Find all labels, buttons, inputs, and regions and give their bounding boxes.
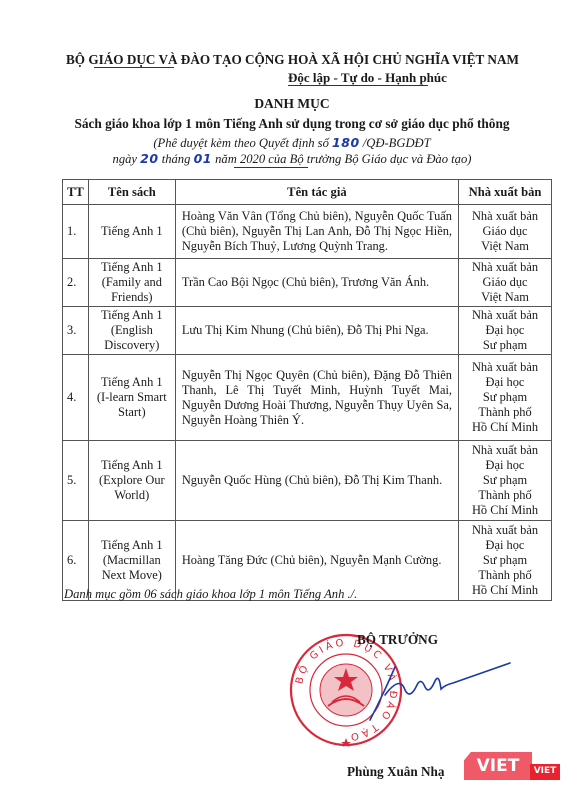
publisher-line: Nhà xuất bản (463, 360, 547, 375)
publisher-line: Nhà xuất bản (463, 523, 547, 538)
row-number: 2. (63, 259, 89, 307)
date-prefix: ngày (113, 152, 137, 166)
decision-suffix: /QĐ-BGDĐT (363, 136, 431, 150)
signer-name: Phùng Xuân Nhạ (347, 764, 444, 780)
date-month: 01 (194, 151, 212, 166)
book-name: Tiếng Anh 1(English Discovery) (88, 307, 175, 355)
book-publisher: Nhà xuất bảnĐại họcSư phạm (459, 307, 552, 355)
publisher-line: Thành phố (463, 405, 547, 420)
signer-title: BỘ TRƯỞNG (357, 632, 438, 648)
document-subtitle: Sách giáo khoa lớp 1 môn Tiếng Anh sử dụ… (0, 116, 584, 132)
textbook-table: TT Tên sách Tên tác giả Nhà xuất bản 1.T… (62, 179, 552, 601)
list-summary: Danh mục gồm 06 sách giáo khoa lớp 1 môn… (64, 587, 357, 602)
book-name: Tiếng Anh 1(Explore Our World) (88, 441, 175, 521)
publisher-line: Nhà xuất bản (463, 443, 547, 458)
logo-text-small: VIET (530, 764, 560, 780)
book-authors: Nguyễn Quốc Hùng (Chủ biên), Đỗ Thị Kim … (175, 441, 458, 521)
date-day: 20 (140, 151, 158, 166)
publisher-line: Giáo dục (463, 275, 547, 290)
book-authors: Hoàng Văn Vân (Tổng Chủ biên), Nguyễn Qu… (175, 205, 458, 259)
national-title: CỘNG HOÀ XÃ HỘI CHỦ NGHĨA VIỆT NAM (245, 52, 519, 68)
header-book-name: Tên sách (88, 180, 175, 205)
publisher-line: Nhà xuất bản (463, 308, 547, 323)
book-name: Tiếng Anh 1 (88, 205, 175, 259)
issuing-ministry: BỘ GIÁO DỤC VÀ ĐÀO TẠO (66, 52, 242, 68)
table-row: 3.Tiếng Anh 1(English Discovery)Lưu Thị … (63, 307, 552, 355)
motto-underline (288, 85, 428, 86)
publisher-line: Đại học (463, 538, 547, 553)
row-number: 3. (63, 307, 89, 355)
publisher-line: Việt Nam (463, 239, 547, 254)
publisher-line: Hồ Chí Minh (463, 583, 547, 598)
vietnamnet-logo-icon: VIET VIET (464, 746, 574, 788)
header-publisher: Nhà xuất bản (459, 180, 552, 205)
publisher-line: Đại học (463, 375, 547, 390)
national-motto: Độc lập - Tự do - Hạnh phúc (288, 70, 447, 86)
approval-line: (Phê duyệt kèm theo Quyết định số 180 /Q… (0, 135, 584, 151)
publisher-line: Giáo dục (463, 224, 547, 239)
publisher-line: Hồ Chí Minh (463, 420, 547, 435)
publisher-line: Sư phạm (463, 338, 547, 353)
month-label: tháng (162, 152, 191, 166)
table-header-row: TT Tên sách Tên tác giả Nhà xuất bản (63, 180, 552, 205)
publisher-line: Đại học (463, 458, 547, 473)
approval-prefix: (Phê duyệt kèm theo Quyết định số (153, 136, 329, 150)
publisher-line: Nhà xuất bản (463, 260, 547, 275)
book-authors: Nguyễn Thị Ngọc Quyên (Chủ biên), Đặng Đ… (175, 355, 458, 441)
table-row: 4.Tiếng Anh 1(I-learn Smart Start)Nguyễn… (63, 355, 552, 441)
publisher-line: Sư phạm (463, 473, 547, 488)
book-publisher: Nhà xuất bảnĐại họcSư phạmThành phốHồ Ch… (459, 441, 552, 521)
decision-number: 180 (332, 135, 360, 150)
publisher-line: Việt Nam (463, 290, 547, 305)
book-authors: Lưu Thị Kim Nhung (Chủ biên), Đỗ Thị Phi… (175, 307, 458, 355)
book-authors: Trần Cao Bội Ngọc (Chủ biên), Trương Văn… (175, 259, 458, 307)
book-name: Tiếng Anh 1(Family and Friends) (88, 259, 175, 307)
publisher-line: Hồ Chí Minh (463, 503, 547, 518)
row-number: 1. (63, 205, 89, 259)
book-publisher: Nhà xuất bảnGiáo dụcViệt Nam (459, 205, 552, 259)
ministry-underline (94, 67, 174, 68)
table-row: 2.Tiếng Anh 1(Family and Friends)Trần Ca… (63, 259, 552, 307)
book-publisher: Nhà xuất bảnGiáo dụcViệt Nam (459, 259, 552, 307)
book-publisher: Nhà xuất bảnĐại họcSư phạmThành phốHồ Ch… (459, 521, 552, 601)
publisher-line: Sư phạm (463, 553, 547, 568)
book-publisher: Nhà xuất bảnĐại họcSư phạmThành phốHồ Ch… (459, 355, 552, 441)
logo-text-large: VIET (464, 752, 532, 780)
document-title: DANH MỤC (0, 96, 584, 112)
table-row: 1.Tiếng Anh 1Hoàng Văn Vân (Tổng Chủ biê… (63, 205, 552, 259)
publisher-line: Thành phố (463, 568, 547, 583)
approval-underline (234, 167, 308, 168)
signature-icon (365, 655, 515, 725)
row-number: 5. (63, 441, 89, 521)
publisher-line: Đại học (463, 323, 547, 338)
header-authors: Tên tác giả (175, 180, 458, 205)
publisher-line: Thành phố (463, 488, 547, 503)
header-tt: TT (63, 180, 89, 205)
row-number: 4. (63, 355, 89, 441)
publisher-line: Sư phạm (463, 390, 547, 405)
table-row: 5.Tiếng Anh 1(Explore Our World)Nguyễn Q… (63, 441, 552, 521)
date-suffix: năm 2020 của Bộ trưởng Bộ Giáo dục và Đà… (215, 152, 471, 166)
approval-date-line: ngày 20 tháng 01 năm 2020 của Bộ trưởng … (0, 151, 584, 167)
book-name: Tiếng Anh 1(I-learn Smart Start) (88, 355, 175, 441)
publisher-line: Nhà xuất bản (463, 209, 547, 224)
